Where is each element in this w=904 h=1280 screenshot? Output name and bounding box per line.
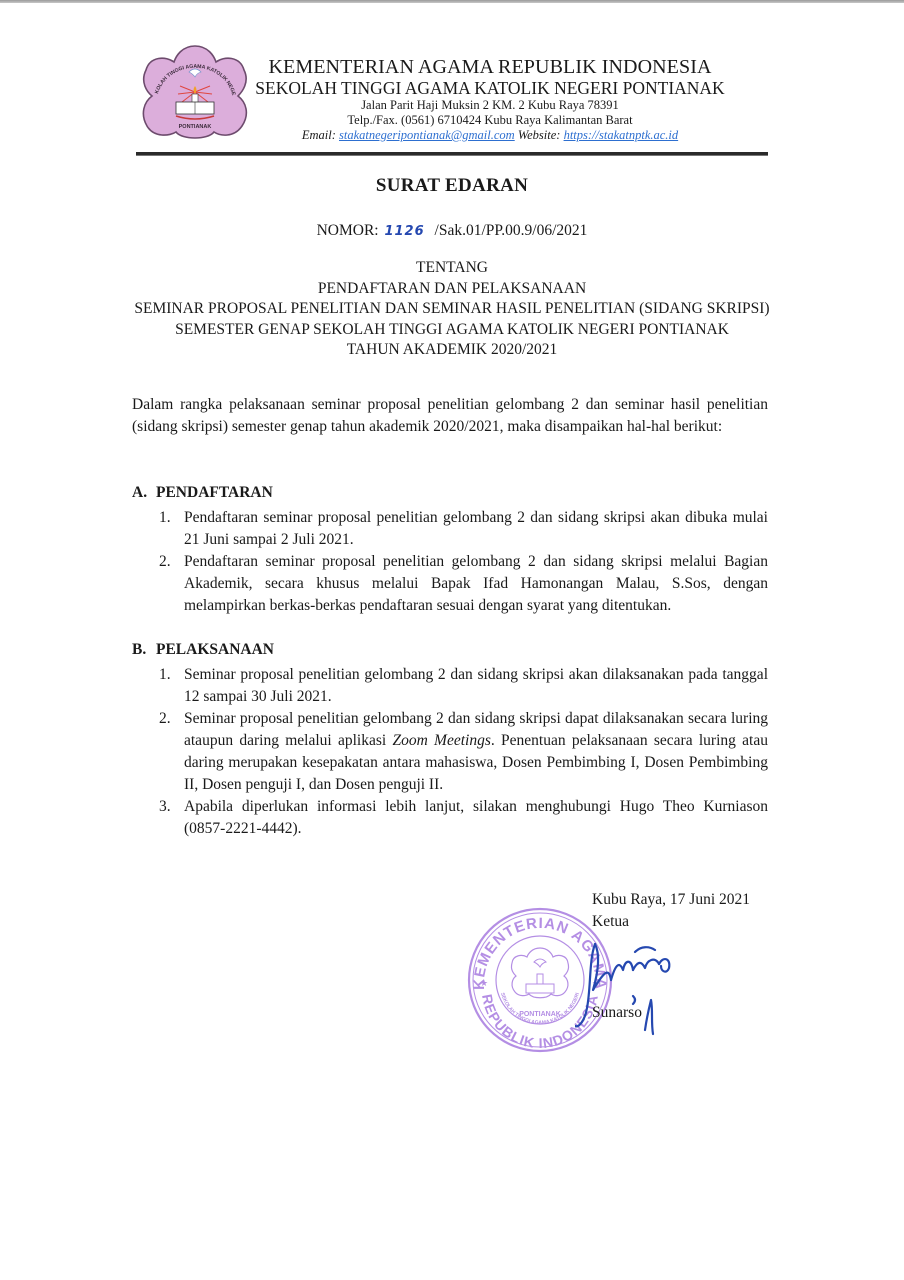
pendaftaran-list: 1. Pendaftaran seminar proposal peneliti… xyxy=(159,507,768,617)
letterhead: KEMENTERIAN AGAMA REPUBLIK INDONESIA SEK… xyxy=(240,56,740,143)
section-title: PELAKSANAAN xyxy=(156,641,274,658)
email-link[interactable]: stakatnegeripontianak@gmail.com xyxy=(339,128,515,142)
list-item: 1. Seminar proposal penelitian gelombang… xyxy=(159,664,768,708)
list-item: 2. Pendaftaran seminar proposal peneliti… xyxy=(159,551,768,617)
institution-name: SEKOLAH TINGGI AGAMA KATOLIK NEGERI PONT… xyxy=(240,78,740,98)
place-date: Kubu Raya, 17 Juni 2021 xyxy=(592,889,750,911)
document-subject: TENTANG PENDAFTARAN DAN PELAKSANAAN SEMI… xyxy=(0,258,904,361)
subject-line: TENTANG xyxy=(0,258,904,279)
document-number: NOMOR: 1126 /Sak.01/PP.00.9/06/2021 xyxy=(0,222,904,240)
document-title: SURAT EDARAN xyxy=(0,175,904,197)
pelaksanaan-list: 1. Seminar proposal penelitian gelombang… xyxy=(159,664,768,840)
handwritten-signature xyxy=(575,930,725,1040)
item-text: Pendaftaran seminar proposal penelitian … xyxy=(184,509,768,548)
section-letter: A. xyxy=(132,484,156,502)
ministry-name: KEMENTERIAN AGAMA REPUBLIK INDONESIA xyxy=(240,56,740,78)
svg-text:★: ★ xyxy=(480,978,488,988)
item-text: Pendaftaran seminar proposal penelitian … xyxy=(184,553,768,614)
number-label: NOMOR: xyxy=(317,222,379,239)
list-item: 1. Pendaftaran seminar proposal peneliti… xyxy=(159,507,768,551)
list-item: 2. Seminar proposal penelitian gelombang… xyxy=(159,708,768,796)
subject-line: SEMESTER GENAP SEKOLAH TINGGI AGAMA KATO… xyxy=(0,320,904,341)
handwritten-number: 1126 xyxy=(384,224,424,239)
letterhead-divider xyxy=(136,152,768,156)
section-heading-pendaftaran: A.PENDAFTARAN xyxy=(132,484,273,502)
subject-line: PENDAFTARAN DAN PELAKSANAAN xyxy=(0,279,904,300)
item-text: Apabila diperlukan informasi lebih lanju… xyxy=(184,798,768,837)
website-label: Website: xyxy=(518,128,561,142)
email-label: Email: xyxy=(302,128,336,142)
item-number: 2. xyxy=(159,708,171,730)
svg-text:PONTIANAK: PONTIANAK xyxy=(519,1011,561,1018)
subject-line: TAHUN AKADEMIK 2020/2021 xyxy=(0,340,904,361)
contact-line: Email: stakatnegeripontianak@gmail.com W… xyxy=(240,128,740,143)
scan-edge xyxy=(0,0,904,3)
section-letter: B. xyxy=(132,641,156,659)
section-title: PENDAFTARAN xyxy=(156,484,273,501)
svg-text:PONTIANAK: PONTIANAK xyxy=(179,124,212,130)
item-number: 3. xyxy=(159,796,171,818)
signature-block: Kubu Raya, 17 Juni 2021 Ketua Sunarso xyxy=(592,889,750,933)
section-heading-pelaksanaan: B.PELAKSANAAN xyxy=(132,641,274,659)
item-number: 1. xyxy=(159,507,171,529)
institution-address: Jalan Parit Haji Muksin 2 KM. 2 Kubu Ray… xyxy=(240,98,740,113)
website-link[interactable]: https://stakatnptk.ac.id xyxy=(564,128,679,142)
institution-phone: Telp./Fax. (0561) 6710424 Kubu Raya Kali… xyxy=(240,113,740,128)
app-name: Zoom Meetings xyxy=(392,732,490,749)
institution-logo: SEKOLAH TINGGI AGAMA KATOLIK NEGERI PONT… xyxy=(136,42,254,142)
number-suffix: /Sak.01/PP.00.9/06/2021 xyxy=(435,222,588,239)
item-text: Seminar proposal penelitian gelombang 2 … xyxy=(184,666,768,705)
item-number: 1. xyxy=(159,664,171,686)
intro-paragraph: Dalam rangka pelaksanaan seminar proposa… xyxy=(132,394,768,438)
list-item: 3. Apabila diperlukan informasi lebih la… xyxy=(159,796,768,840)
subject-line: SEMINAR PROPOSAL PENELITIAN DAN SEMINAR … xyxy=(0,299,904,320)
svg-text:SEKOLAH TINGGI AGAMA KATOLIK N: SEKOLAH TINGGI AGAMA KATOLIK NEGERI xyxy=(499,992,581,1026)
item-number: 2. xyxy=(159,551,171,573)
